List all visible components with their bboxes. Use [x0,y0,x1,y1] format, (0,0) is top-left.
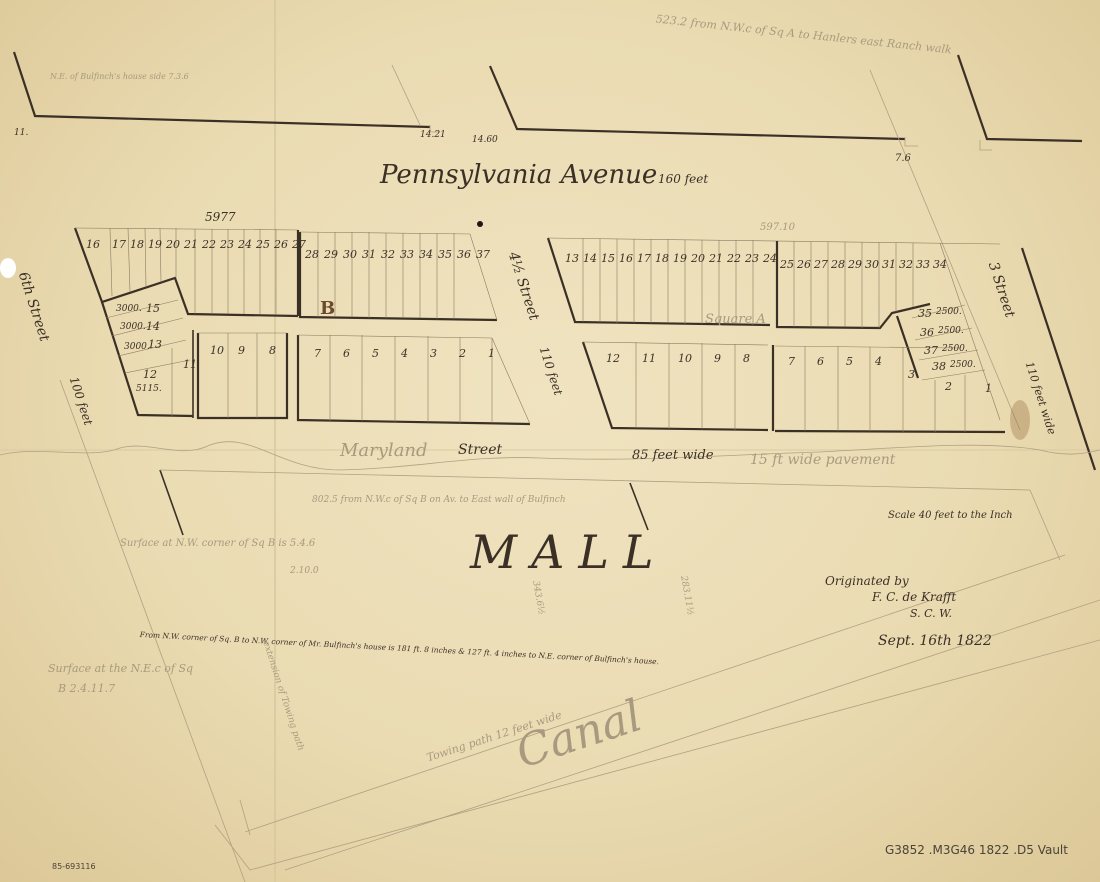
lot-number: 16 [86,238,100,251]
negative-number: 85-693116 [52,862,96,871]
lot-number: 9 [714,352,721,365]
lot-number: 28 [305,248,319,261]
lot-number: 2 [459,347,466,360]
corner-mark-76: 7.6 [895,153,911,164]
lots-a-south-west: 12 11 10 9 8 [606,352,750,365]
surface-ne-note: Surface at the N.E.c of Sq [48,662,193,675]
lot-value: 2500. [938,326,964,336]
signature-line-2: F. C. de Krafft [872,590,956,604]
lot-number: 20 [691,252,705,265]
lot-number: 26 [274,238,288,251]
lot-number: 22 [202,238,216,251]
lots-b-north: 16 17 18 19 20 21 22 23 24 25 26 27 [86,238,306,251]
lot-number: 35 [438,248,452,261]
lot-value: 2500. [936,307,962,317]
lot-number: 1 [985,382,992,395]
lot-number: 12 [606,352,620,365]
lot-value: 3000. [120,322,146,332]
lot-number: 29 [848,258,862,271]
scale-label: Scale 40 feet to the Inch [888,510,1013,521]
maryland-street-label: Maryland [340,440,428,461]
lot-number: 26 [797,258,811,271]
lot-number: 12 [143,368,157,381]
lot-number: 11 [642,352,656,365]
lot-number: 23 [220,238,234,251]
lot-value: 2500. [942,344,968,354]
street-width-label: 85 feet wide [632,448,714,463]
street-word-label: Street [458,442,502,458]
lot-number: 37 [476,248,490,261]
lot-number: 31 [362,248,376,261]
lot-number: 5 [372,347,379,360]
lot-number: 9 [238,344,245,357]
note-8025: 802.5 from N.W.c of Sq B on Av. to East … [312,495,566,505]
lot-number: 8 [269,344,276,357]
lot-number: 16 [619,252,633,265]
lot-number: 23 [745,252,759,265]
lot-number: 21 [184,238,198,251]
distance-5977: 5977 [205,210,236,224]
lot-number: 25 [256,238,270,251]
square-a-label: Square A [705,312,766,327]
mall-label: MALL [470,525,667,579]
lot-number: 6 [343,347,350,360]
lot-number: 14 [146,320,160,333]
lot-number: 13 [565,252,579,265]
signature-line-3: S. C. W. [910,607,952,620]
lot-number: 3 [908,368,915,381]
surface-ne-value: B 2.4.11.7 [58,682,115,695]
distance-59710: 597.10 [760,222,795,233]
lot-value: 2500. [950,360,976,370]
lot-number: 28 [831,258,845,271]
lot-number: 19 [148,238,162,251]
lot-number: 30 [343,248,357,261]
surface-note: Surface at N.W. corner of Sq B is 5.4.6 [120,538,315,549]
signature-date: Sept. 16th 1822 [878,633,992,649]
lot-number: 36 [457,248,471,261]
lot-number: 5 [846,355,853,368]
lot-number: 34 [933,258,947,271]
lot-number: 33 [916,258,930,271]
lot-number: 14 [583,252,597,265]
corner-mark-11: 11. [14,128,28,138]
lots-a-south: 7 6 5 4 [788,355,882,368]
lots-b-south: 7 6 5 4 3 2 1 [314,347,495,360]
lot-number: 7 [788,355,795,368]
pennsylvania-avenue-label: Pennsylvania Avenue [380,160,657,190]
paper-stain [1010,400,1030,440]
lot-number: 4 [401,347,408,360]
lot-number: 3 [430,347,437,360]
lot-value: 5115. [136,384,162,394]
lot-number: 4 [875,355,882,368]
lot-number: 10 [678,352,692,365]
pavement-note: 15 ft wide pavement [750,452,895,468]
surface-elevation: 2.10.0 [290,566,319,576]
lot-number: 17 [112,238,126,251]
lot-number: 11 [183,358,197,371]
lot-number: 32 [899,258,913,271]
lot-number: 25 [780,258,794,271]
lots-a-north-east: 25 26 27 28 29 30 31 32 33 34 [780,258,947,271]
lots-b-north-east: 28 29 30 31 32 33 34 35 36 37 [305,248,490,261]
lot-number: 36 [920,326,934,339]
survey-map: N.E. of Bulfinch's house side 7.3.6 523.… [0,0,1100,882]
lot-number: 21 [709,252,723,265]
lots-a-north: 13 14 15 16 17 18 19 20 21 22 23 24 [565,252,777,265]
lot-number: 18 [655,252,669,265]
lot-number: 34 [419,248,433,261]
lot-number: 18 [130,238,144,251]
lot-number: 6 [817,355,824,368]
lot-number: 27 [292,238,306,251]
lot-number: 13 [148,338,162,351]
lot-number: 15 [146,302,160,315]
lot-number: 29 [324,248,338,261]
lot-number: 15 [601,252,615,265]
lot-number: 32 [381,248,395,261]
paper-tear [0,258,16,278]
lot-number: 7 [314,347,321,360]
lot-number: 19 [673,252,687,265]
signature-line-1: Originated by [825,574,909,588]
lot-number: 35 [918,307,932,320]
pennsylvania-width-label: 160 feet [658,172,708,186]
lot-number: 30 [865,258,879,271]
lot-number: 27 [814,258,828,271]
call-number: G3852 .M3G46 1822 .D5 Vault [885,843,1068,857]
note-bulfinch-house: N.E. of Bulfinch's house side 7.3.6 [50,72,189,81]
lot-number: 10 [210,344,224,357]
lot-number: 24 [238,238,252,251]
lot-value: 3000. [124,342,150,352]
lot-number: 37 [924,344,938,357]
lot-number: 38 [932,360,946,373]
lot-number: 24 [763,252,777,265]
lot-number: 33 [400,248,414,261]
lot-number: 22 [727,252,741,265]
lot-number: 1 [488,347,495,360]
lot-number: 17 [637,252,651,265]
lot-number: 20 [166,238,180,251]
lot-value: 3000. [116,304,142,314]
lot-number: 31 [882,258,896,271]
square-b-letter: B [320,298,335,319]
corner-mark-1421: 14.21 [420,130,446,140]
lot-number: 8 [743,352,750,365]
lot-number: 2 [945,380,952,393]
corner-mark-1460: 14.60 [472,135,498,145]
